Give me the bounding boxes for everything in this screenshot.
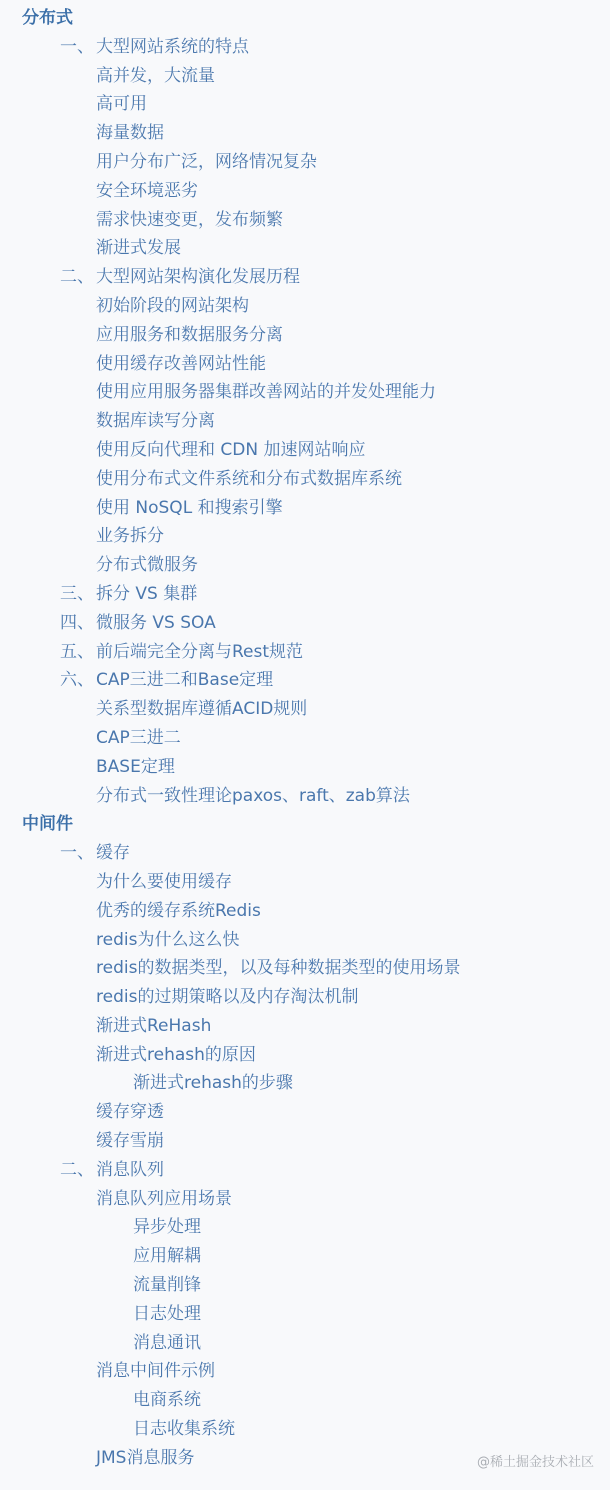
toc-item-label: 使用 NoSQL 和搜索引擎 [96, 498, 283, 518]
toc-item-label: 消息中间件示例 [96, 1361, 215, 1381]
toc-link[interactable]: 使用缓存改善网站性能 [0, 350, 610, 379]
toc-item-label: 缓存 [96, 843, 130, 863]
toc-link[interactable]: 二、消息队列 [0, 1156, 610, 1185]
toc-link[interactable]: 缓存雪崩 [0, 1127, 610, 1156]
toc-item-label: 拆分 VS 集群 [96, 584, 197, 604]
toc-link[interactable]: 一、缓存 [0, 839, 610, 868]
toc-link[interactable]: 渐进式rehash的原因 [0, 1041, 610, 1070]
toc-link[interactable]: 电商系统 [0, 1386, 610, 1415]
toc-section-heading[interactable]: 中间件 [0, 810, 610, 839]
toc-item-label: 流量削锋 [133, 1275, 201, 1295]
toc-item-label: 初始阶段的网站架构 [96, 296, 249, 316]
toc-item-label: 中间件 [22, 814, 73, 834]
toc-link[interactable]: 关系型数据库遵循ACID规则 [0, 695, 610, 724]
table-of-contents: 分布式一、大型网站系统的特点高并发，大流量高可用海量数据用户分布广泛，网络情况复… [0, 4, 610, 1473]
toc-item-number: 一、 [60, 33, 96, 62]
toc-item-label: 渐进式rehash的原因 [96, 1045, 256, 1065]
toc-link[interactable]: 日志处理 [0, 1300, 610, 1329]
toc-link[interactable]: 消息队列应用场景 [0, 1185, 610, 1214]
toc-item-number: 二、 [60, 1156, 96, 1185]
toc-section-heading[interactable]: 分布式 [0, 4, 610, 33]
toc-link[interactable]: CAP三进二 [0, 724, 610, 753]
toc-item-label: 大型网站架构演化发展历程 [96, 267, 300, 287]
toc-item-label: 使用反向代理和 CDN 加速网站响应 [96, 440, 365, 460]
toc-item-label: 微服务 VS SOA [96, 613, 216, 633]
toc-item-label: 前后端完全分离与Rest规范 [96, 642, 303, 662]
toc-item-label: redis为什么这么快 [96, 930, 239, 950]
toc-item-label: 渐进式rehash的步骤 [133, 1073, 293, 1093]
toc-link[interactable]: 使用 NoSQL 和搜索引擎 [0, 494, 610, 523]
toc-link[interactable]: 五、前后端完全分离与Rest规范 [0, 638, 610, 667]
toc-item-number: 四、 [60, 609, 96, 638]
toc-link[interactable]: 高可用 [0, 90, 610, 119]
toc-link[interactable]: 分布式微服务 [0, 551, 610, 580]
toc-link[interactable]: 高并发，大流量 [0, 62, 610, 91]
toc-item-label: 使用应用服务器集群改善网站的并发处理能力 [96, 382, 436, 402]
toc-item-label: 优秀的缓存系统Redis [96, 901, 261, 921]
toc-item-label: BASE定理 [96, 757, 175, 777]
toc-item-label: 关系型数据库遵循ACID规则 [96, 699, 307, 719]
toc-item-label: 数据库读写分离 [96, 411, 215, 431]
toc-item-label: 应用服务和数据服务分离 [96, 325, 283, 345]
toc-link[interactable]: 应用解耦 [0, 1242, 610, 1271]
toc-item-label: JMS消息服务 [96, 1448, 194, 1468]
toc-link[interactable]: redis的数据类型，以及每种数据类型的使用场景 [0, 954, 610, 983]
toc-item-label: 为什么要使用缓存 [96, 872, 232, 892]
toc-item-label: 渐进式ReHash [96, 1016, 211, 1036]
toc-item-label: 分布式 [22, 8, 73, 28]
toc-link[interactable]: 优秀的缓存系统Redis [0, 897, 610, 926]
toc-item-label: 缓存穿透 [96, 1102, 164, 1122]
toc-item-label: 使用分布式文件系统和分布式数据库系统 [96, 469, 402, 489]
toc-item-number: 五、 [60, 638, 96, 667]
toc-item-label: 异步处理 [133, 1217, 201, 1237]
toc-link[interactable]: 日志收集系统 [0, 1415, 610, 1444]
toc-link[interactable]: 六、CAP三进二和Base定理 [0, 666, 610, 695]
toc-item-label: 分布式一致性理论paxos、raft、zab算法 [96, 786, 410, 806]
toc-link[interactable]: redis为什么这么快 [0, 926, 610, 955]
toc-link[interactable]: 渐进式rehash的步骤 [0, 1069, 610, 1098]
toc-item-label: 安全环境恶劣 [96, 181, 198, 201]
toc-item-label: 业务拆分 [96, 526, 164, 546]
toc-link[interactable]: 业务拆分 [0, 522, 610, 551]
toc-item-label: 消息通讯 [133, 1333, 201, 1353]
toc-link[interactable]: 渐进式ReHash [0, 1012, 610, 1041]
toc-link[interactable]: 三、拆分 VS 集群 [0, 580, 610, 609]
toc-link[interactable]: 异步处理 [0, 1213, 610, 1242]
toc-item-label: 消息队列 [96, 1160, 164, 1180]
toc-item-label: 高可用 [96, 94, 147, 114]
toc-item-label: 用户分布广泛，网络情况复杂 [96, 152, 317, 172]
toc-link[interactable]: 需求快速变更，发布频繁 [0, 206, 610, 235]
toc-link[interactable]: 为什么要使用缓存 [0, 868, 610, 897]
toc-link[interactable]: 分布式一致性理论paxos、raft、zab算法 [0, 782, 610, 811]
toc-link[interactable]: redis的过期策略以及内存淘汰机制 [0, 983, 610, 1012]
toc-item-label: 使用缓存改善网站性能 [96, 354, 266, 374]
toc-item-number: 六、 [60, 666, 96, 695]
toc-item-label: redis的数据类型，以及每种数据类型的使用场景 [96, 958, 460, 978]
toc-item-label: 应用解耦 [133, 1246, 201, 1266]
toc-link[interactable]: 海量数据 [0, 119, 610, 148]
watermark: @稀土掘金技术社区 [477, 1451, 594, 1470]
toc-link[interactable]: 初始阶段的网站架构 [0, 292, 610, 321]
toc-item-number: 三、 [60, 580, 96, 609]
toc-item-label: 大型网站系统的特点 [96, 37, 249, 57]
toc-link[interactable]: 安全环境恶劣 [0, 177, 610, 206]
toc-item-label: CAP三进二和Base定理 [96, 670, 273, 690]
toc-link[interactable]: 消息中间件示例 [0, 1357, 610, 1386]
toc-link[interactable]: 流量削锋 [0, 1271, 610, 1300]
toc-link[interactable]: 渐进式发展 [0, 234, 610, 263]
toc-item-label: 需求快速变更，发布频繁 [96, 210, 283, 230]
toc-link[interactable]: 使用分布式文件系统和分布式数据库系统 [0, 465, 610, 494]
toc-item-label: 海量数据 [96, 123, 164, 143]
toc-link[interactable]: 四、微服务 VS SOA [0, 609, 610, 638]
toc-link[interactable]: 使用反向代理和 CDN 加速网站响应 [0, 436, 610, 465]
toc-link[interactable]: 一、大型网站系统的特点 [0, 33, 610, 62]
toc-link[interactable]: 用户分布广泛，网络情况复杂 [0, 148, 610, 177]
toc-link[interactable]: BASE定理 [0, 753, 610, 782]
toc-item-number: 一、 [60, 839, 96, 868]
toc-item-label: 日志收集系统 [133, 1419, 235, 1439]
toc-link[interactable]: 消息通讯 [0, 1329, 610, 1358]
toc-item-label: 渐进式发展 [96, 238, 181, 258]
toc-item-label: 分布式微服务 [96, 555, 198, 575]
toc-item-label: 电商系统 [133, 1390, 201, 1410]
toc-item-number: 二、 [60, 263, 96, 292]
toc-link[interactable]: 二、大型网站架构演化发展历程 [0, 263, 610, 292]
toc-item-label: 高并发，大流量 [96, 66, 215, 86]
toc-link[interactable]: 使用应用服务器集群改善网站的并发处理能力 [0, 378, 610, 407]
toc-link[interactable]: 应用服务和数据服务分离 [0, 321, 610, 350]
toc-item-label: 缓存雪崩 [96, 1131, 164, 1151]
toc-link[interactable]: 数据库读写分离 [0, 407, 610, 436]
toc-link[interactable]: 缓存穿透 [0, 1098, 610, 1127]
toc-item-label: 消息队列应用场景 [96, 1189, 232, 1209]
toc-item-label: 日志处理 [133, 1304, 201, 1324]
toc-item-label: CAP三进二 [96, 728, 181, 748]
toc-item-label: redis的过期策略以及内存淘汰机制 [96, 987, 358, 1007]
